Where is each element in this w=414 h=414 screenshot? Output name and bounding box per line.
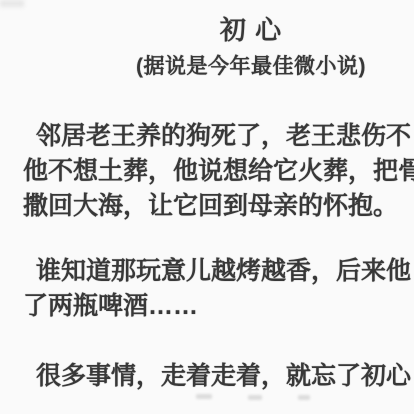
corner-smudge <box>0 0 24 7</box>
paragraph-2-line-1: 谁知道那玩意儿越烤越香，后来他 <box>23 254 414 289</box>
header: 初 心 (据说是今年最佳微小说) <box>44 17 414 79</box>
paragraph-1: 邻居老王养的狗死了，老王悲伤不 他不想土葬，他说想给它火葬，把骨 撒回大海，让它… <box>23 119 414 224</box>
paragraph-1-line-3: 撒回大海，让它回到母亲的怀抱。 <box>23 189 414 224</box>
paragraph-3-line-1: 很多事情，走着走着，就忘了初心 <box>23 359 414 394</box>
page-title: 初 心 <box>44 17 414 44</box>
paragraph-2: 谁知道那玩意儿越烤越香，后来他 了两瓶啤酒…… <box>23 254 414 324</box>
paragraph-1-line-1: 邻居老王养的狗死了，老王悲伤不 <box>23 119 414 154</box>
paragraph-3: 很多事情，走着走着，就忘了初心 <box>23 359 414 394</box>
page-subtitle: (据说是今年最佳微小说) <box>44 55 414 79</box>
paragraph-2-line-2: 了两瓶啤酒…… <box>23 289 414 324</box>
text-page: 初 心 (据说是今年最佳微小说) 邻居老王养的狗死了，老王悲伤不 他不想土葬，他… <box>0 0 414 414</box>
cutoff-next-line-remnant <box>196 394 326 402</box>
paragraph-1-line-2: 他不想土葬，他说想给它火葬，把骨 <box>23 154 414 189</box>
